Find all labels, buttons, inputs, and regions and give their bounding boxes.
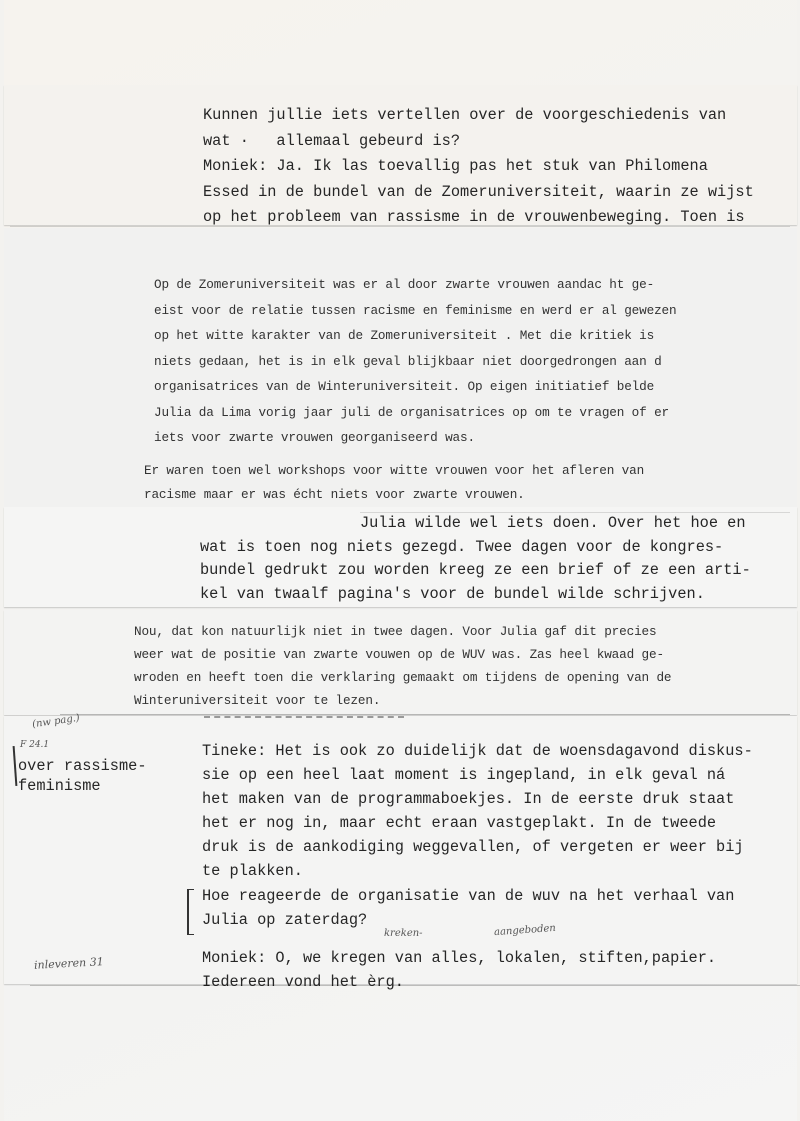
question-text: Hoe reageerde de organisatie van de wuv … xyxy=(202,884,734,932)
text-line: Winteruniversiteit voor te lezen. xyxy=(134,689,671,712)
text-line: Moniek: Ja. Ik las toevallig pas het stu… xyxy=(203,154,754,180)
pasted-strip-twee-dagen: Nou, dat kon natuurlijk niet in twee dag… xyxy=(4,610,797,715)
text-line: Julia da Lima vorig jaar juli de organis… xyxy=(154,400,676,426)
strip-edge xyxy=(60,714,790,715)
strip-edge xyxy=(10,226,790,227)
intro-text: Kunnen jullie iets vertellen over de voo… xyxy=(203,103,754,231)
text-line: weer wat de positie van zwarte vouwen op… xyxy=(134,643,671,666)
text-line: Julia op zaterdag? xyxy=(202,908,734,932)
text-line: organisatrices van de Winteruniversiteit… xyxy=(154,374,676,400)
pasted-strip-tineke: over rassisme- feminisme Tineke: Het is … xyxy=(4,716,797,984)
tineke-text: Tineke: Het is ook zo duidelijk dat de w… xyxy=(202,739,753,883)
text-line: druk is de aankodiging weggevallen, of v… xyxy=(202,835,753,859)
text-line: wat · allemaal gebeurd is? xyxy=(203,129,754,155)
text-line: over rassisme- xyxy=(18,756,147,776)
text-line: eist voor de relatie tussen racisme en f… xyxy=(154,298,676,324)
julia-text: Julia wilde wel iets doen. Over het hoe … xyxy=(200,512,751,606)
text-line: Essed in de bundel van de Zomeruniversit… xyxy=(203,180,754,206)
text-line: kel van twaalf pagina's voor de bundel w… xyxy=(200,583,751,607)
twee-dagen-text: Nou, dat kon natuurlijk niet in twee dag… xyxy=(134,620,671,712)
text-line: feminisme xyxy=(18,776,147,796)
text-line: Kunnen jullie iets vertellen over de voo… xyxy=(203,103,754,129)
strip-edge xyxy=(30,985,800,986)
text-line: Iedereen vond het èrg. xyxy=(202,970,716,994)
text-line: het maken van de programmaboekjes. In de… xyxy=(202,787,753,811)
text-line: Er waren toen wel workshops voor witte v… xyxy=(144,459,644,483)
handwritten-f-mark: F 24.1 xyxy=(20,740,49,750)
text-line: Op de Zomeruniversiteit was er al door z… xyxy=(154,272,676,298)
pasted-strip-intro: Kunnen jullie iets vertellen over de voo… xyxy=(4,85,797,225)
text-line: Nou, dat kon natuurlijk niet in twee dag… xyxy=(134,620,671,643)
text-line: het er nog in, maar echt eraan vastgepla… xyxy=(202,811,753,835)
answer-text: Moniek: O, we kregen van alles, lokalen,… xyxy=(202,946,716,994)
cut-off-text-fragment xyxy=(204,716,404,723)
strip-edge xyxy=(360,512,790,513)
question-bracket xyxy=(187,889,194,935)
pasted-strip-zomeruniversiteit: Op de Zomeruniversiteit was er al door z… xyxy=(4,228,797,513)
text-line: Moniek: O, we kregen van alles, lokalen,… xyxy=(202,946,716,970)
text-line: Julia wilde wel iets doen. Over het hoe … xyxy=(200,512,751,536)
text-line: niets gedaan, het is in elk geval blijkb… xyxy=(154,349,676,375)
handwritten-correction-kregen: kreken- xyxy=(384,928,423,939)
margin-bracket xyxy=(13,746,18,786)
text-line: op het witte karakter van de Zomeruniver… xyxy=(154,323,676,349)
text-line: sie op een heel laat moment is ingepland… xyxy=(202,763,753,787)
paragraph-zomeruniversiteit: Op de Zomeruniversiteit was er al door z… xyxy=(154,272,676,451)
text-line: wroden en heeft toen die verklaring gema… xyxy=(134,666,671,689)
text-line: racisme maar er was écht niets voor zwar… xyxy=(144,483,644,507)
text-line: wat is toen nog niets gezegd. Twee dagen… xyxy=(200,536,751,560)
text-line: te plakken. xyxy=(202,859,753,883)
margin-note: over rassisme- feminisme xyxy=(18,756,147,796)
pasted-strip-julia: Julia wilde wel iets doen. Over het hoe … xyxy=(4,507,797,607)
text-line: bundel gedrukt zou worden kreeg ze een b… xyxy=(200,559,751,583)
paragraph-workshops: Er waren toen wel workshops voor witte v… xyxy=(144,459,644,507)
text-line: Tineke: Het is ook zo duidelijk dat de w… xyxy=(202,739,753,763)
text-line: Hoe reageerde de organisatie van de wuv … xyxy=(202,884,734,908)
text-line: iets voor zwarte vrouwen georganiseerd w… xyxy=(154,425,676,451)
